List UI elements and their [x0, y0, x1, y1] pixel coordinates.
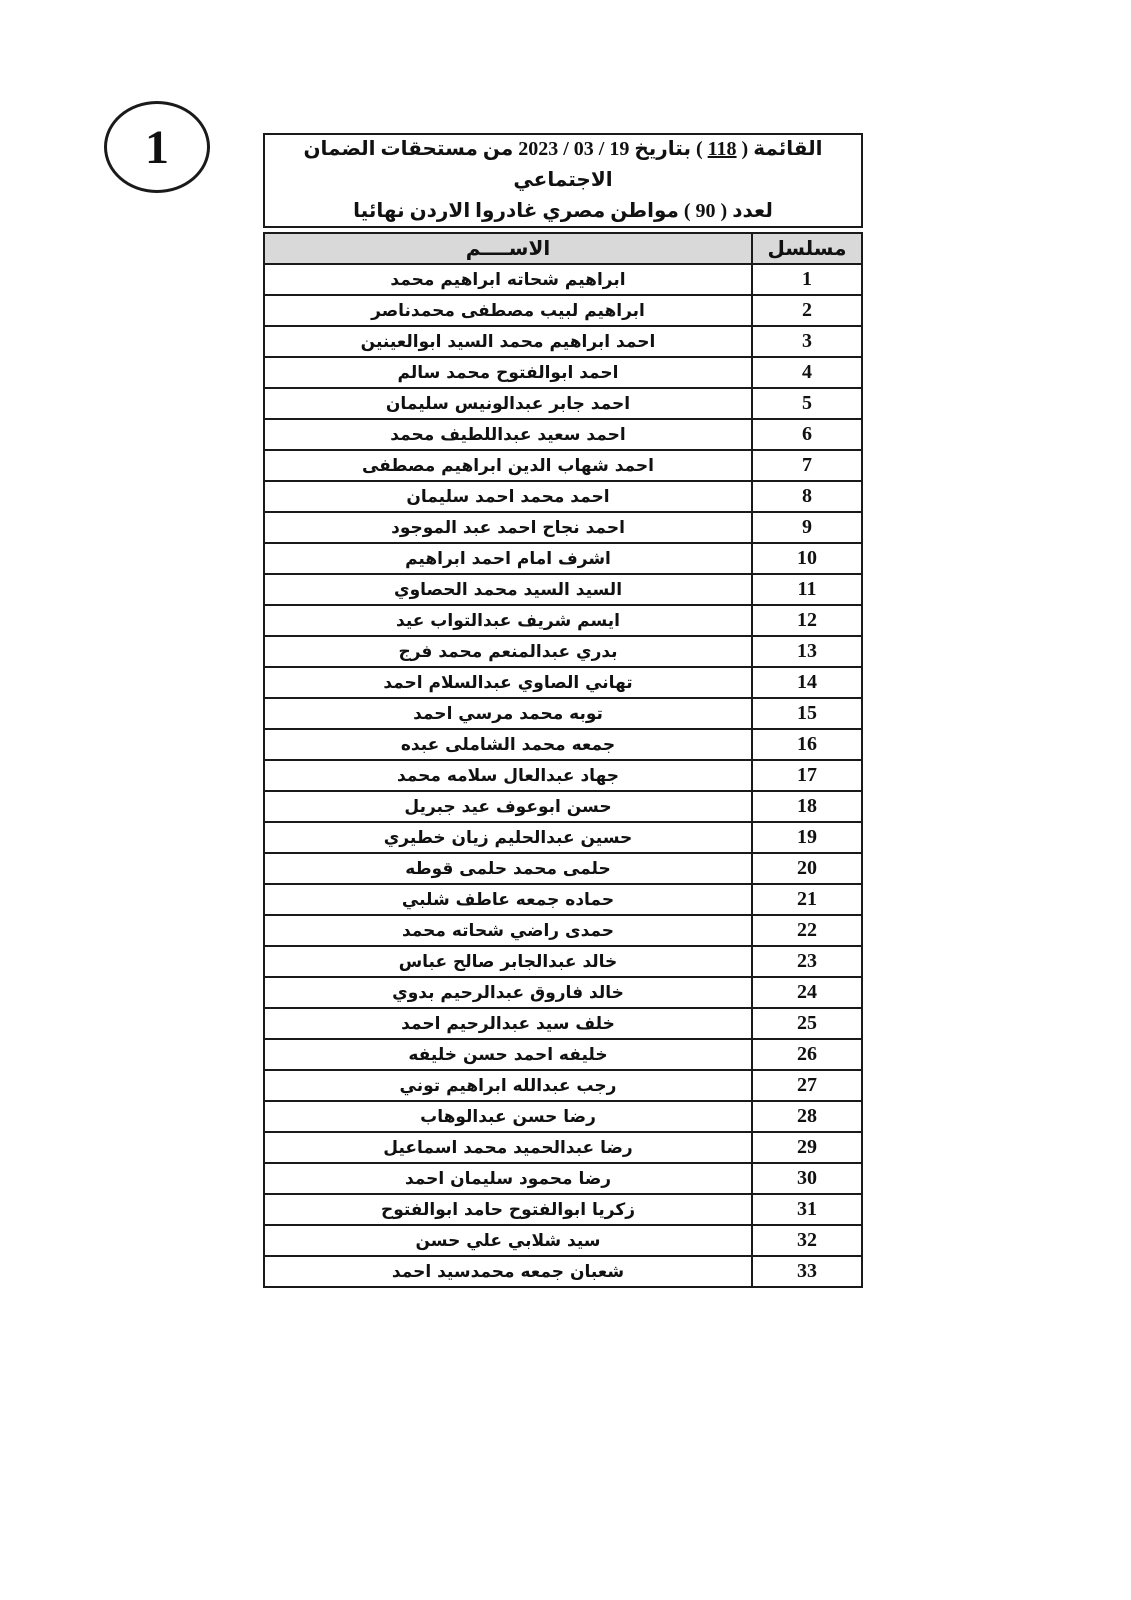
name-cell: حلمى محمد حلمى قوطه [264, 853, 752, 884]
table-row: 11 السيد السيد محمد الحصاوي [264, 574, 862, 605]
name-cell: زكريا ابوالفتوح حامد ابوالفتوح [264, 1194, 752, 1225]
name-cell: اشرف امام احمد ابراهيم [264, 543, 752, 574]
table-row: 25 خلف سيد عبدالرحيم احمد [264, 1008, 862, 1039]
title-line-1: القائمة ( 118 ) بتاريخ 19 / 03 / 2023 من… [265, 134, 861, 196]
serial-cell: 28 [752, 1101, 862, 1132]
name-cell: خليفه احمد حسن خليفه [264, 1039, 752, 1070]
name-cell: خلف سيد عبدالرحيم احمد [264, 1008, 752, 1039]
table-row: 23 خالد عبدالجابر صالح عباس [264, 946, 862, 977]
name-cell: شعبان جمعه محمدسيد احمد [264, 1256, 752, 1287]
name-cell: توبه محمد مرسي احمد [264, 698, 752, 729]
name-cell: خالد عبدالجابر صالح عباس [264, 946, 752, 977]
table-row: 5 احمد جابر عبدالونيس سليمان [264, 388, 862, 419]
table-row: 16 جمعه محمد الشاملى عبده [264, 729, 862, 760]
name-cell: تهاني الصاوي عبدالسلام احمد [264, 667, 752, 698]
name-cell: السيد السيد محمد الحصاوي [264, 574, 752, 605]
serial-cell: 8 [752, 481, 862, 512]
table-row: 15 توبه محمد مرسي احمد [264, 698, 862, 729]
table-row: 13 بدري عبدالمنعم محمد فرج [264, 636, 862, 667]
table-row: 30 رضا محمود سليمان احمد [264, 1163, 862, 1194]
table-row: 19 حسين عبدالحليم زيان خطيري [264, 822, 862, 853]
document-body: القائمة ( 118 ) بتاريخ 19 / 03 / 2023 من… [263, 133, 863, 1288]
table-row: 18 حسن ابوعوف عيد جبريل [264, 791, 862, 822]
title-line-2: لعدد ( 90 ) مواطن مصري غادروا الاردن نها… [353, 196, 773, 227]
name-cell: حسين عبدالحليم زيان خطيري [264, 822, 752, 853]
name-cell: احمد شهاب الدين ابراهيم مصطفى [264, 450, 752, 481]
table-row: 31 زكريا ابوالفتوح حامد ابوالفتوح [264, 1194, 862, 1225]
name-cell: حسن ابوعوف عيد جبريل [264, 791, 752, 822]
table-row: 28 رضا حسن عبدالوهاب [264, 1101, 862, 1132]
table-row: 2 ابراهيم لبيب مصطفى محمدناصر [264, 295, 862, 326]
table-row: 24 خالد فاروق عبدالرحيم بدوي [264, 977, 862, 1008]
serial-cell: 15 [752, 698, 862, 729]
table-row: 22 حمدى راضي شحاته محمد [264, 915, 862, 946]
name-cell: رضا عبدالحميد محمد اسماعيل [264, 1132, 752, 1163]
name-cell: جمعه محمد الشاملى عبده [264, 729, 752, 760]
name-cell: بدري عبدالمنعم محمد فرج [264, 636, 752, 667]
serial-cell: 31 [752, 1194, 862, 1225]
table-row: 29 رضا عبدالحميد محمد اسماعيل [264, 1132, 862, 1163]
names-table: مسلسل الاســــم 1 ابراهيم شحاته ابراهيم … [263, 232, 863, 1288]
name-cell: خالد فاروق عبدالرحيم بدوي [264, 977, 752, 1008]
serial-cell: 29 [752, 1132, 862, 1163]
serial-cell: 23 [752, 946, 862, 977]
table-row: 14 تهاني الصاوي عبدالسلام احمد [264, 667, 862, 698]
serial-cell: 12 [752, 605, 862, 636]
serial-cell: 21 [752, 884, 862, 915]
name-cell: ابراهيم شحاته ابراهيم محمد [264, 264, 752, 295]
serial-cell: 25 [752, 1008, 862, 1039]
serial-cell: 32 [752, 1225, 862, 1256]
serial-cell: 30 [752, 1163, 862, 1194]
document-title-box: القائمة ( 118 ) بتاريخ 19 / 03 / 2023 من… [263, 133, 863, 228]
name-cell: احمد جابر عبدالونيس سليمان [264, 388, 752, 419]
name-cell: احمد سعيد عبداللطيف محمد [264, 419, 752, 450]
table-row: 33 شعبان جمعه محمدسيد احمد [264, 1256, 862, 1287]
header-row: مسلسل الاســــم [264, 233, 862, 264]
name-cell: حماده جمعه عاطف شلبي [264, 884, 752, 915]
serial-cell: 19 [752, 822, 862, 853]
name-cell: رجب عبدالله ابراهيم توني [264, 1070, 752, 1101]
table-row: 10 اشرف امام احمد ابراهيم [264, 543, 862, 574]
name-cell: احمد ابراهيم محمد السيد ابوالعينين [264, 326, 752, 357]
title-line-1-prefix: القائمة ( [737, 138, 823, 160]
serial-cell: 13 [752, 636, 862, 667]
table-row: 12 ايسم شريف عبدالتواب عيد [264, 605, 862, 636]
table-row: 21 حماده جمعه عاطف شلبي [264, 884, 862, 915]
serial-cell: 6 [752, 419, 862, 450]
serial-cell: 10 [752, 543, 862, 574]
name-cell: احمد ابوالفتوح محمد سالم [264, 357, 752, 388]
serial-cell: 2 [752, 295, 862, 326]
scanned-document-page: { "page_badge": "1", "header": { "line1_… [0, 0, 1131, 1600]
name-cell: رضا محمود سليمان احمد [264, 1163, 752, 1194]
page-number-badge: 1 [104, 101, 210, 193]
list-number: 118 [708, 138, 737, 160]
serial-column-header: مسلسل [752, 233, 862, 264]
table-row: 17 جهاد عبدالعال سلامه محمد [264, 760, 862, 791]
table-row: 6 احمد سعيد عبداللطيف محمد [264, 419, 862, 450]
name-cell: رضا حسن عبدالوهاب [264, 1101, 752, 1132]
serial-cell: 22 [752, 915, 862, 946]
serial-cell: 1 [752, 264, 862, 295]
page-number: 1 [145, 120, 169, 175]
title-line-1-suffix: ) بتاريخ 19 / 03 / 2023 من مستحقات الضما… [303, 138, 707, 191]
table-row: 1 ابراهيم شحاته ابراهيم محمد [264, 264, 862, 295]
serial-cell: 17 [752, 760, 862, 791]
name-column-header: الاســــم [264, 233, 752, 264]
table-header: مسلسل الاســــم [264, 233, 862, 264]
table-row: 8 احمد محمد احمد سليمان [264, 481, 862, 512]
table-row: 27 رجب عبدالله ابراهيم توني [264, 1070, 862, 1101]
serial-cell: 20 [752, 853, 862, 884]
table-row: 26 خليفه احمد حسن خليفه [264, 1039, 862, 1070]
serial-cell: 5 [752, 388, 862, 419]
name-cell: سيد شلابي علي حسن [264, 1225, 752, 1256]
table-row: 9 احمد نجاح احمد عبد الموجود [264, 512, 862, 543]
table-row: 32 سيد شلابي علي حسن [264, 1225, 862, 1256]
serial-cell: 7 [752, 450, 862, 481]
serial-cell: 27 [752, 1070, 862, 1101]
serial-cell: 9 [752, 512, 862, 543]
table-row: 20 حلمى محمد حلمى قوطه [264, 853, 862, 884]
name-cell: حمدى راضي شحاته محمد [264, 915, 752, 946]
table-row: 7 احمد شهاب الدين ابراهيم مصطفى [264, 450, 862, 481]
name-cell: جهاد عبدالعال سلامه محمد [264, 760, 752, 791]
serial-cell: 4 [752, 357, 862, 388]
name-cell: ايسم شريف عبدالتواب عيد [264, 605, 752, 636]
serial-cell: 24 [752, 977, 862, 1008]
table-row: 4 احمد ابوالفتوح محمد سالم [264, 357, 862, 388]
table-body: 1 ابراهيم شحاته ابراهيم محمد 2 ابراهيم ل… [264, 264, 862, 1287]
name-cell: ابراهيم لبيب مصطفى محمدناصر [264, 295, 752, 326]
name-cell: احمد نجاح احمد عبد الموجود [264, 512, 752, 543]
serial-cell: 26 [752, 1039, 862, 1070]
serial-cell: 18 [752, 791, 862, 822]
serial-cell: 3 [752, 326, 862, 357]
serial-cell: 14 [752, 667, 862, 698]
table-row: 3 احمد ابراهيم محمد السيد ابوالعينين [264, 326, 862, 357]
name-cell: احمد محمد احمد سليمان [264, 481, 752, 512]
serial-cell: 16 [752, 729, 862, 760]
serial-cell: 11 [752, 574, 862, 605]
serial-cell: 33 [752, 1256, 862, 1287]
